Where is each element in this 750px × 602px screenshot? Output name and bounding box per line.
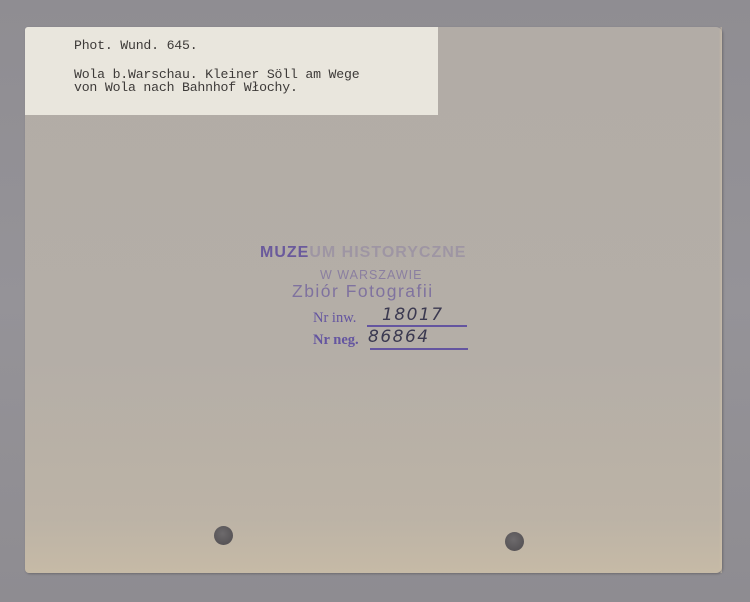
label-description-line-2: von Wola nach Bahnhof Włochy.: [74, 81, 298, 94]
stamp-museum-name: MUZEUM HISTORYCZNE: [260, 244, 466, 262]
stamp-negative-label: Nr neg.: [313, 332, 359, 349]
negative-number: 86864: [368, 327, 430, 347]
stamp-collection: Zbiór Fotografii: [292, 281, 434, 302]
punch-hole-right: [505, 532, 524, 551]
label-catalog-number: Phot. Wund. 645.: [74, 39, 197, 52]
inventory-number: 18017: [382, 305, 444, 325]
negative-underline: [370, 348, 468, 350]
stamp-museum-visible: MUZE: [260, 244, 309, 261]
punch-hole-left: [214, 526, 233, 545]
photo-card-back: Phot. Wund. 645. Wola b.Warschau. Kleine…: [25, 27, 722, 573]
typed-label: Phot. Wund. 645. Wola b.Warschau. Kleine…: [25, 27, 438, 115]
stamp-museum-faded: UM HISTORYCZNE: [309, 244, 466, 261]
stamp-city: W WARSZAWIE: [320, 268, 422, 282]
stamp-inventory-label: Nr inw.: [313, 310, 356, 327]
